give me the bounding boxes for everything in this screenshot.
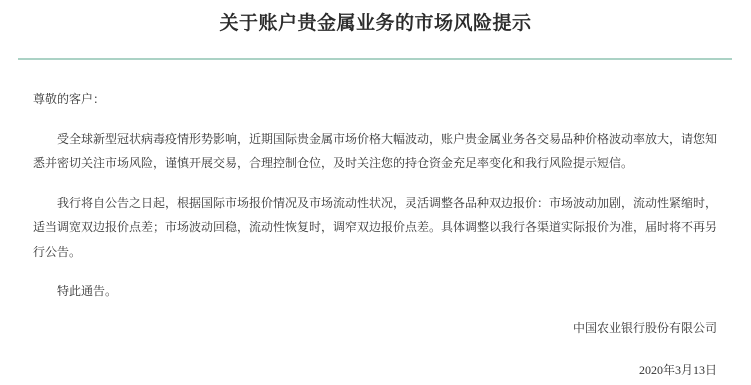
closing-line: 特此通告。 — [33, 279, 717, 304]
notice-body: 尊敬的客户： 受全球新型冠状病毒疫情形势影响，近期国际贵金属市场价格大幅波动，账… — [0, 87, 751, 383]
notice-page: 关于账户贵金属业务的市场风险提示 尊敬的客户： 受全球新型冠状病毒疫情形势影响，… — [0, 0, 751, 385]
greeting-line: 尊敬的客户： — [33, 87, 717, 112]
title-divider — [18, 58, 732, 60]
issue-date: 2020年3月13日 — [33, 358, 717, 383]
notice-paragraph-2: 我行将自公告之日起，根据国际市场报价情况及市场流动性状况，灵活调整各品种双边报价… — [33, 191, 717, 265]
page-title: 关于账户贵金属业务的市场风险提示 — [0, 12, 751, 36]
notice-paragraph-1: 受全球新型冠状病毒疫情形势影响，近期国际贵金属市场价格大幅波动，账户贵金属业务各… — [33, 127, 717, 176]
issuer-signature: 中国农业银行股份有限公司 — [33, 316, 717, 341]
